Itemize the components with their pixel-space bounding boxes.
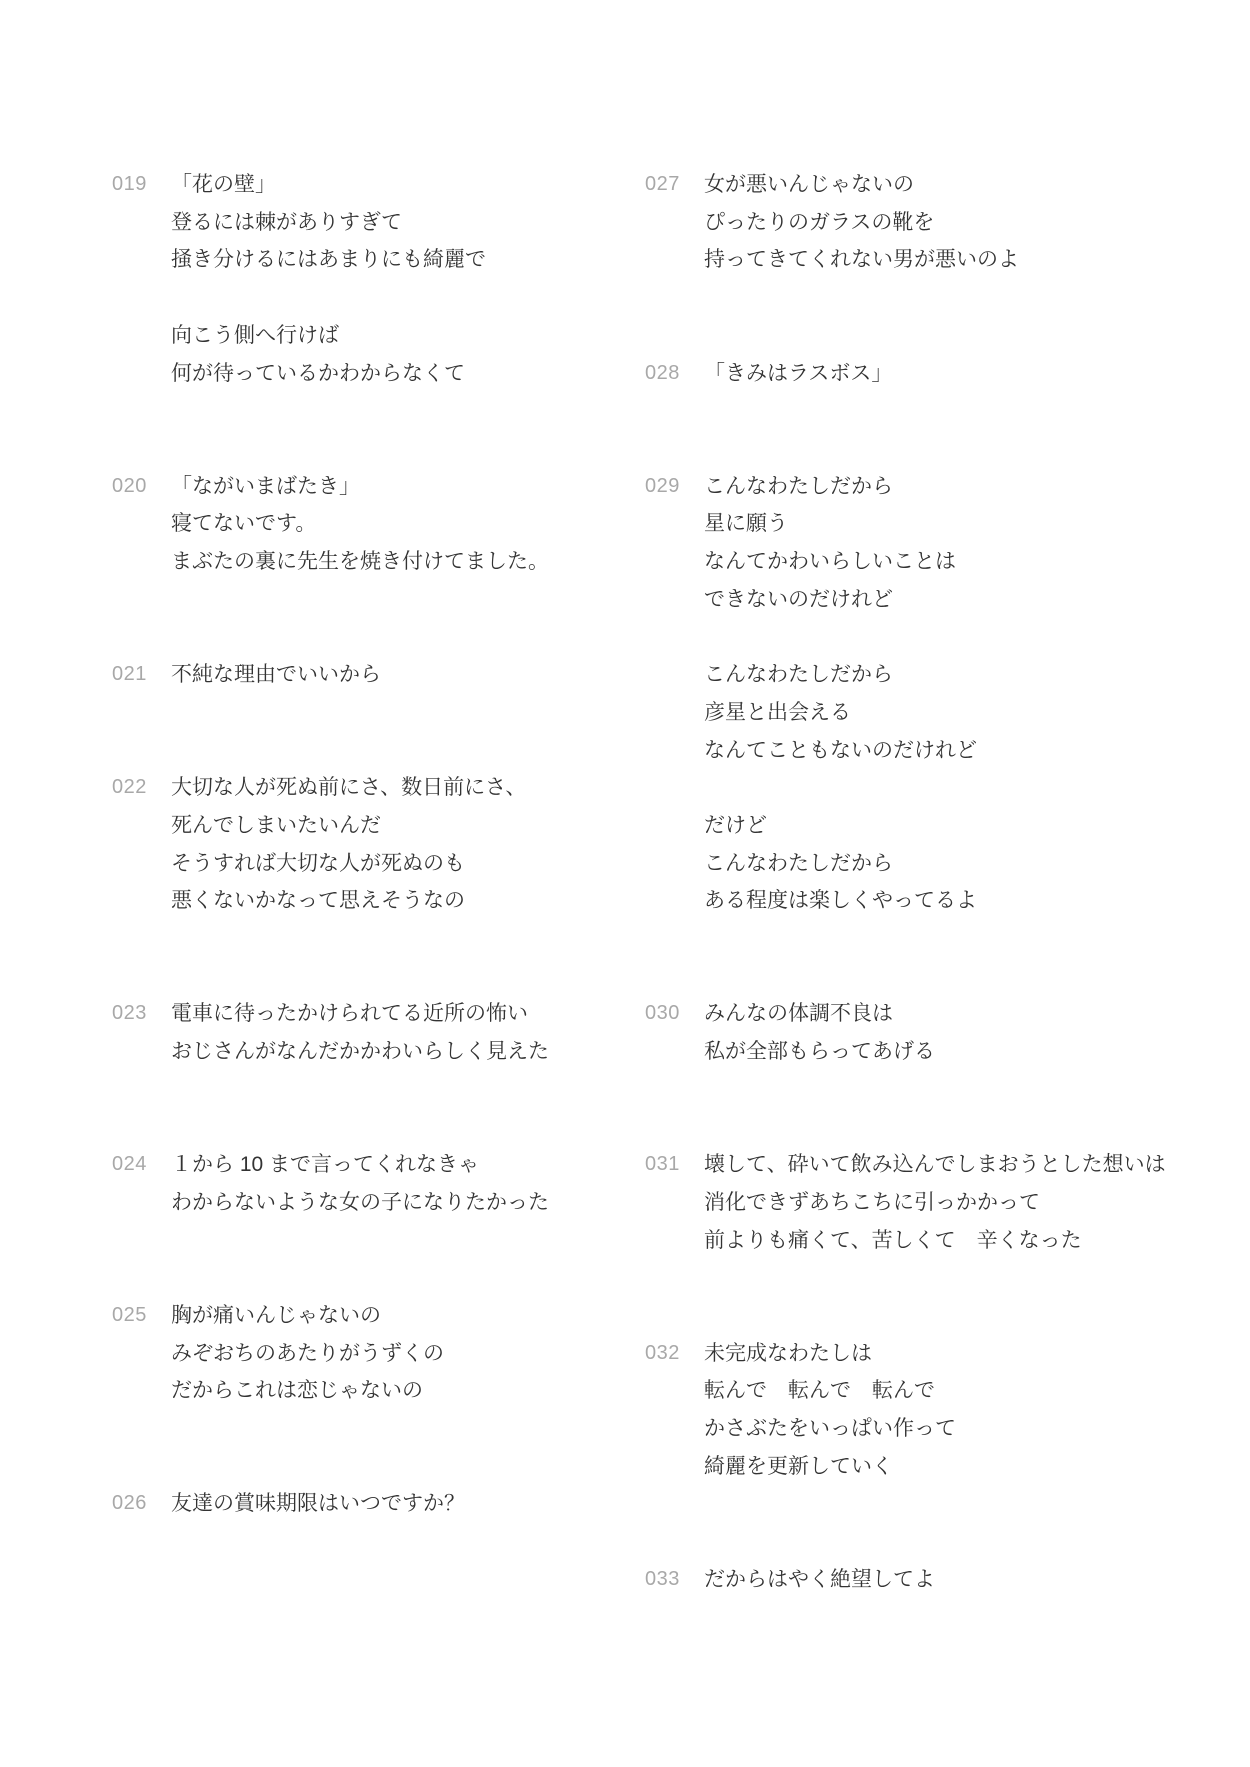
- poem-entry: 022大切な人が死ぬ前にさ、数日前にさ、死んでしまいたいんだそうすれば大切な人が…: [112, 769, 582, 920]
- stanza: １から 10 まで言ってくれなきゃわからないような女の子になりたかった: [171, 1146, 582, 1221]
- poem-line: だけど: [704, 807, 1190, 845]
- poem-entry: 029こんなわたしだから星に願うなんてかわいらしいことはできないのだけれどこんな…: [645, 468, 1190, 920]
- entry-number: 028: [645, 355, 680, 393]
- poem-line: 未完成なわたしは: [704, 1335, 1190, 1373]
- entry-number: 029: [645, 468, 680, 506]
- poem-line: だからはやく絶望してよ: [704, 1561, 1190, 1599]
- poem-line: 電車に待ったかけられてる近所の怖い: [171, 995, 582, 1033]
- stanza: 電車に待ったかけられてる近所の怖いおじさんがなんだかかわいらしく見えた: [171, 995, 582, 1070]
- poem-line: まぶたの裏に先生を焼き付けてました。: [171, 543, 582, 581]
- stanza: 「ながいまばたき」寝てないです。まぶたの裏に先生を焼き付けてました。: [171, 468, 582, 581]
- entry-number: 020: [112, 468, 147, 506]
- poem-line: 友達の賞味期限はいつですか？: [171, 1485, 582, 1523]
- stanza: 未完成なわたしは転んで 転んで 転んでかさぶたをいっぱい作って綺麗を更新していく: [704, 1335, 1190, 1486]
- poem-line: 寝てないです。: [171, 505, 582, 543]
- poem-line: 前よりも痛くて、苦しくて 辛くなった: [704, 1222, 1190, 1260]
- entry-number: 019: [112, 166, 147, 204]
- stanza: みんなの体調不良は私が全部もらってあげる: [704, 995, 1190, 1070]
- entry-number: 031: [645, 1146, 680, 1184]
- poem-line: １から 10 まで言ってくれなきゃ: [171, 1146, 582, 1184]
- poem-line: だからこれは恋じゃないの: [171, 1372, 582, 1410]
- entry-number: 026: [112, 1485, 147, 1523]
- poem-line: 転んで 転んで 転んで: [704, 1372, 1190, 1410]
- poem-line: 掻き分けるにはあまりにも綺麗で: [171, 241, 582, 279]
- poem-line: みんなの体調不良は: [704, 995, 1190, 1033]
- stanza: 女が悪いんじゃないのぴったりのガラスの靴を持ってきてくれない男が悪いのよ: [704, 166, 1190, 279]
- entry-number: 022: [112, 769, 147, 807]
- poem-line: 私が全部もらってあげる: [704, 1033, 1190, 1071]
- poem-line: こんなわたしだから: [704, 468, 1190, 506]
- stanza: 「きみはラスボス」: [704, 355, 1190, 393]
- poem-line: 大切な人が死ぬ前にさ、数日前にさ、: [171, 769, 582, 807]
- poem-line: 女が悪いんじゃないの: [704, 166, 1190, 204]
- poem-entry: 026友達の賞味期限はいつですか？: [112, 1485, 582, 1523]
- poem-line: できないのだけれど: [704, 581, 1190, 619]
- entry-number: 024: [112, 1146, 147, 1184]
- poem-entry: 027女が悪いんじゃないのぴったりのガラスの靴を持ってきてくれない男が悪いのよ: [645, 166, 1190, 279]
- entry-number: 027: [645, 166, 680, 204]
- poem-line: 持ってきてくれない男が悪いのよ: [704, 241, 1190, 279]
- poem-line: わからないような女の子になりたかった: [171, 1184, 582, 1222]
- poem-line: 彦星と出会える: [704, 694, 1190, 732]
- poem-entry: 024１から 10 まで言ってくれなきゃわからないような女の子になりたかった: [112, 1146, 582, 1221]
- stanza: 「花の壁」登るには棘がありすぎて掻き分けるにはあまりにも綺麗で: [171, 166, 582, 279]
- stanza: 大切な人が死ぬ前にさ、数日前にさ、死んでしまいたいんだそうすれば大切な人が死ぬの…: [171, 769, 582, 920]
- entry-number: 032: [645, 1335, 680, 1373]
- entry-number: 025: [112, 1297, 147, 1335]
- poem-entry: 025胸が痛いんじゃないのみぞおちのあたりがうずくのだからこれは恋じゃないの: [112, 1297, 582, 1410]
- poem-line: みぞおちのあたりがうずくの: [171, 1335, 582, 1373]
- stanza: 胸が痛いんじゃないのみぞおちのあたりがうずくのだからこれは恋じゃないの: [171, 1297, 582, 1410]
- text-column-right: 027女が悪いんじゃないのぴったりのガラスの靴を持ってきてくれない男が悪いのよ0…: [645, 166, 1190, 1674]
- poem-line: 登るには棘がありすぎて: [171, 204, 582, 242]
- poem-entry: 028「きみはラスボス」: [645, 355, 1190, 393]
- poem-line: こんなわたしだから: [704, 656, 1190, 694]
- stanza: こんなわたしだから星に願うなんてかわいらしいことはできないのだけれど: [704, 468, 1190, 619]
- poem-line: 胸が痛いんじゃないの: [171, 1297, 582, 1335]
- poem-line: 「きみはラスボス」: [704, 355, 1190, 393]
- text-column-left: 019「花の壁」登るには棘がありすぎて掻き分けるにはあまりにも綺麗で向こう側へ行…: [112, 166, 582, 1599]
- poem-line: なんてかわいらしいことは: [704, 543, 1190, 581]
- entry-number: 023: [112, 995, 147, 1033]
- stanza: 向こう側へ行けば何が待っているかわからなくて: [171, 317, 582, 392]
- poem-entry: 019「花の壁」登るには棘がありすぎて掻き分けるにはあまりにも綺麗で向こう側へ行…: [112, 166, 582, 392]
- poem-line: 死んでしまいたいんだ: [171, 807, 582, 845]
- entry-number: 021: [112, 656, 147, 694]
- poem-entry: 030みんなの体調不良は私が全部もらってあげる: [645, 995, 1190, 1070]
- poem-line: こんなわたしだから: [704, 845, 1190, 883]
- poem-line: 綺麗を更新していく: [704, 1448, 1190, 1486]
- poem-line: おじさんがなんだかかわいらしく見えた: [171, 1033, 582, 1071]
- stanza: 壊して、砕いて飲み込んでしまおうとした想いは消化できずあちこちに引っかかって前よ…: [704, 1146, 1190, 1259]
- poem-line: 星に願う: [704, 505, 1190, 543]
- poem-line: ぴったりのガラスの靴を: [704, 204, 1190, 242]
- stanza: だからはやく絶望してよ: [704, 1561, 1190, 1599]
- poem-entry: 033だからはやく絶望してよ: [645, 1561, 1190, 1599]
- entry-number: 030: [645, 995, 680, 1033]
- poem-entry: 021不純な理由でいいから: [112, 656, 582, 694]
- document-page: 019「花の壁」登るには棘がありすぎて掻き分けるにはあまりにも綺麗で向こう側へ行…: [0, 0, 1250, 1767]
- poem-line: 「ながいまばたき」: [171, 468, 582, 506]
- poem-line: 向こう側へ行けば: [171, 317, 582, 355]
- stanza: 不純な理由でいいから: [171, 656, 582, 694]
- poem-line: 消化できずあちこちに引っかかって: [704, 1184, 1190, 1222]
- stanza: 友達の賞味期限はいつですか？: [171, 1485, 582, 1523]
- poem-line: 悪くないかなって思えそうなの: [171, 882, 582, 920]
- poem-line: 「花の壁」: [171, 166, 582, 204]
- poem-entry: 031壊して、砕いて飲み込んでしまおうとした想いは消化できずあちこちに引っかかっ…: [645, 1146, 1190, 1259]
- poem-line: ある程度は楽しくやってるよ: [704, 882, 1190, 920]
- entry-number: 033: [645, 1561, 680, 1599]
- poem-line: そうすれば大切な人が死ぬのも: [171, 845, 582, 883]
- poem-entry: 020「ながいまばたき」寝てないです。まぶたの裏に先生を焼き付けてました。: [112, 468, 582, 581]
- poem-line: かさぶたをいっぱい作って: [704, 1410, 1190, 1448]
- poem-line: 不純な理由でいいから: [171, 656, 582, 694]
- stanza: こんなわたしだから彦星と出会えるなんてこともないのだけれど: [704, 656, 1190, 769]
- poem-line: 何が待っているかわからなくて: [171, 355, 582, 393]
- poem-entry: 032未完成なわたしは転んで 転んで 転んでかさぶたをいっぱい作って綺麗を更新し…: [645, 1335, 1190, 1486]
- poem-line: 壊して、砕いて飲み込んでしまおうとした想いは: [704, 1146, 1190, 1184]
- poem-entry: 023電車に待ったかけられてる近所の怖いおじさんがなんだかかわいらしく見えた: [112, 995, 582, 1070]
- stanza: だけどこんなわたしだからある程度は楽しくやってるよ: [704, 807, 1190, 920]
- poem-line: なんてこともないのだけれど: [704, 732, 1190, 770]
